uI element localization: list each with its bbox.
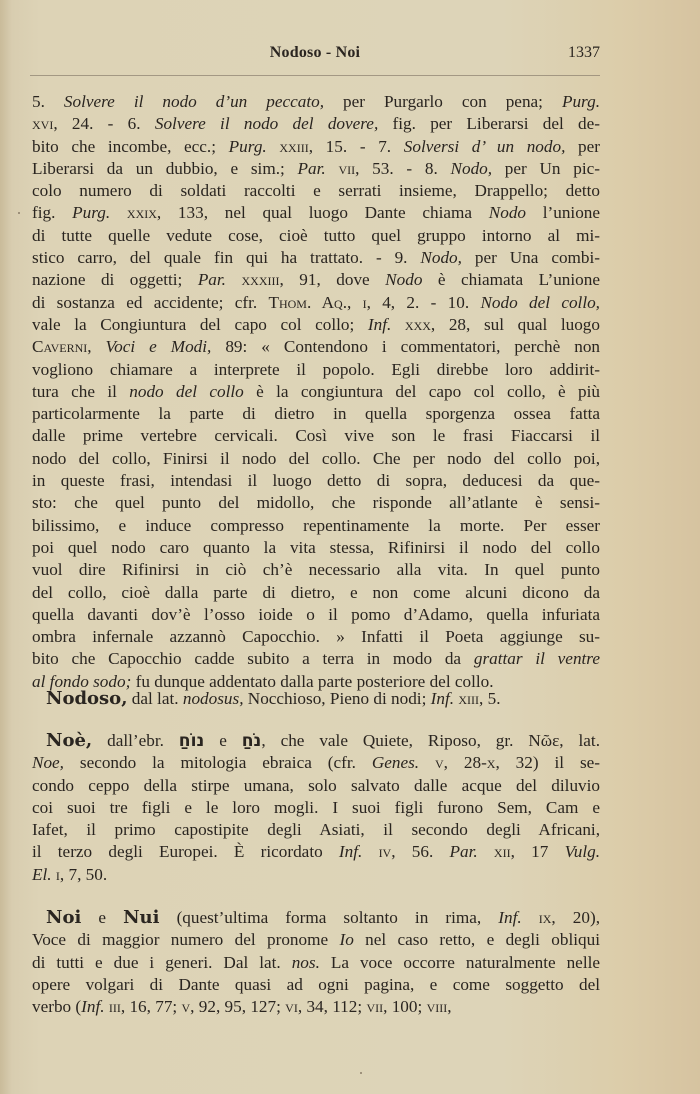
scan-speck [360,1072,362,1074]
text-line: coi suoi tre figli e le loro mogli. I su… [32,797,600,819]
text-run: condo ceppo della stirpe umana, solo sal… [32,776,600,795]
headword: Noi [46,907,81,928]
text-line: colo numero di soldati raccolti e serrat… [32,180,600,202]
text-line: dalle prime vertebre cervicali. Così viv… [32,425,600,447]
text-run: sto: che quel punto del midollo, che ris… [32,493,600,512]
italic-citation: grattar il ventre [474,649,600,668]
text-run: e [204,731,241,750]
text-run: fig. [32,203,72,222]
entry-noe: Noè, dall’ebr. נוֹחַ e נֹחַ, che vale Qu… [32,730,600,886]
text-run: ombra infernale azzannò Capocchio. » Inf… [32,627,600,646]
text-run: secondo la mitologia ebraica (cfr. [64,753,372,772]
italic-citation: Par. [198,270,226,289]
text-line: vogliono chiamare a interprete il popolo… [32,359,600,381]
small-caps-ref: ix [539,908,552,927]
small-caps-ref: xiii [458,689,479,708]
italic-citation: Inf. [81,997,104,1016]
text-run: verbo ( [32,997,81,1016]
text-line: di tutte quelle vedute cose, cioè tutto … [32,225,600,247]
small-caps-ref: iii [109,997,121,1016]
text-run: , 28- [444,753,487,772]
text-line: del collo, cioè dalla parte di dietro, e… [32,582,600,604]
italic-citation: Inf. [368,315,391,334]
italic-citation: nodosus, [183,689,244,708]
text-run: bilissimo, e induce compresso repentinam… [32,516,600,535]
text-line: Noi e Nui (quest’ultima forma soltanto i… [32,907,600,929]
text-run: è chiamata L’unione [422,270,600,289]
text-run: , 20), [551,908,600,927]
italic-citation: Nodo, [451,159,493,178]
text-run: fig. per Liberarsi del de- [378,114,600,133]
italic-citation: Purg. [229,137,267,156]
text-run [419,753,435,772]
small-caps-ref: xxix [127,203,157,222]
headword: Nui [123,907,159,928]
text-run [522,908,539,927]
text-run: del collo, cioè dalla parte di dietro, e… [32,583,600,602]
text-run: l’unione [526,203,600,222]
text-line: nazione di oggetti; Par. xxxiii, 91, dov… [32,269,600,291]
small-caps-ref: xii [494,842,511,861]
italic-citation: Io [339,930,353,949]
text-run: vale la Congiuntura del capo col collo; [32,315,368,334]
text-line: tura che il nodo del collo è la congiunt… [32,381,600,403]
text-run: Nocchioso, Pieno di nodi; [244,689,431,708]
italic-citation: El. [32,865,52,884]
text-run: di tutti e due i generi. Dal lat. [32,953,292,972]
text-run: nodo del collo, Finirsi il nodo del coll… [32,449,600,468]
small-caps-ref: vii [338,159,355,178]
text-run: Voce di maggior numero del pronome [32,930,339,949]
text-run: , 56. [391,842,449,861]
text-run: , 100; [383,997,426,1016]
text-run [267,137,280,156]
text-run: bito che incombe, ecc.; [32,137,229,156]
italic-citation: Purg. [72,203,110,222]
text-run: per Purgarlo con pena; [324,92,562,111]
text-run: , 133, nel qual luogo Dante chiama [157,203,489,222]
small-caps-ref: Caverni [32,337,87,356]
text-run: (quest’ultima forma soltanto in rima, [159,908,498,927]
italic-citation: Par. [298,159,326,178]
text-run: , 32) il se- [495,753,600,772]
text-run: e [81,908,123,927]
small-caps-ref: vii [366,997,383,1016]
text-line: bilissimo, e induce compresso repentinam… [32,515,600,537]
text-line: il terzo degli Europei. È ricordato Inf.… [32,841,600,863]
running-head-title: Nodoso - Noi [30,44,600,62]
text-run: vuol dire Rifinirsi in ciò ch’è necessar… [32,560,600,579]
text-run: , [347,293,363,312]
text-run: nazione di oggetti; [32,270,198,289]
text-run: dall’ebr. [92,731,179,750]
italic-citation: Nodo [489,203,526,222]
text-run: , [447,997,451,1016]
text-run: nel caso retto, e degli obliqui [354,930,600,949]
text-line: xvi, 24. - 6. Solvere il nodo del dovere… [32,113,600,135]
text-run: coi suoi tre figli e le loro mogli. I su… [32,798,600,817]
text-line: fig. Purg. xxix, 133, nel qual luogo Dan… [32,202,600,224]
text-run: , 53. - 8. [355,159,450,178]
text-line: ombra infernale azzannò Capocchio. » Inf… [32,626,600,648]
entry-noi: Noi e Nui (quest’ultima forma soltanto i… [32,907,600,1018]
text-run: per [565,137,600,156]
text-run: per Un pic- [492,159,600,178]
text-line: in queste frasi, intendasi il luogo dett… [32,470,600,492]
text-run: , che vale Quiete, Riposo, gr. Nῶε, lat. [261,731,600,750]
text-line: poi quel nodo caro quanto la vita stessa… [32,537,600,559]
text-run: , 4, 2. - 10. [367,293,481,312]
text-run: particolarmente la parte di dietro in qu… [32,404,600,423]
text-line: vuol dire Rifinirsi in ciò ch’è necessar… [32,559,600,581]
italic-citation: Purg. [562,92,600,111]
text-run [226,270,242,289]
text-line: particolarmente la parte di dietro in qu… [32,403,600,425]
headword: Nodoso, [46,688,127,709]
text-run: , 28, sul qual luogo [431,315,600,334]
text-run: dalle prime vertebre cervicali. Così viv… [32,426,600,445]
text-run: vogliono chiamare a interprete il popolo… [32,360,600,379]
continuation-paragraph: 5. Solvere il nodo d’un peccato, per Pur… [32,91,600,693]
italic-citation: Inf. [498,908,521,927]
text-run [391,315,405,334]
small-caps-ref: iv [379,842,392,861]
text-run: in queste frasi, intendasi il luogo dett… [32,471,600,490]
text-run: , [87,337,105,356]
text-line: stico carro, del quale fin qui ha tratta… [32,247,600,269]
small-caps-ref: xxxiii [241,270,279,289]
text-line: nodo del collo, Finirsi il nodo del coll… [32,448,600,470]
text-line: di sostanza ed accidente; cfr. Thom. Aq.… [32,292,600,314]
text-line: Liberarsi da un dubbio, e sim.; Par. vii… [32,158,600,180]
text-line: opere volgari di Dante quasi ad ogni pag… [32,974,600,996]
text-line: Caverni, Voci e Modi, 89: « Contendono i… [32,336,600,358]
text-line: Noe, secondo la mitologia ebraica (cfr. … [32,752,600,774]
header-rule [30,75,600,76]
text-run: , 91, dove [279,270,385,289]
text-run: è la congiuntura del capo col collo, è p… [244,382,600,401]
text-run: , 34, 112; [298,997,367,1016]
italic-citation: Voci e Modi, [106,337,212,356]
italic-citation: Inf. [431,689,454,708]
text-run: , 5. [479,689,500,708]
text-run: stico carro, del quale fin qui ha tratta… [32,248,420,267]
italic-citation: Nodo [385,270,422,289]
text-run: , 16, 77; [121,997,182,1016]
small-caps-ref: vi [285,997,298,1016]
text-run: di sostanza ed accidente; cfr. [32,293,268,312]
small-caps-ref: Thom. Aq. [268,293,347,312]
text-line: condo ceppo della stirpe umana, solo sal… [32,775,600,797]
hebrew-word: נוֹחַ [179,731,205,751]
text-run: poi quel nodo caro quanto la vita stessa… [32,538,600,557]
hebrew-word: נֹחַ [242,731,262,751]
text-line: sto: che quel punto del midollo, che ris… [32,492,600,514]
text-line: bito che incombe, ecc.; Purg. xxiii, 15.… [32,136,600,158]
small-caps-ref: v [181,997,190,1016]
italic-citation: Genes. [372,753,419,772]
text-line: Noè, dall’ebr. נוֹחַ e נֹחַ, che vale Qu… [32,730,600,752]
text-line: di tutti e due i generi. Dal lat. nos. L… [32,952,600,974]
text-run [326,159,339,178]
italic-citation: nodo del collo [129,382,244,401]
text-line: bito che Capocchio cadde subito a terra … [32,648,600,670]
text-run: , 15. - 7. [309,137,404,156]
text-run: colo numero di soldati raccolti e serrat… [32,181,600,200]
small-caps-ref: xxx [405,315,431,334]
text-run: per Una combi- [462,248,600,267]
text-run: La voce occorre naturalmente nelle [320,953,600,972]
text-line: El. i, 7, 50. [32,864,600,886]
text-run: 89: « Contendono i commentatori, perchè … [211,337,600,356]
text-run [478,842,494,861]
text-run: , 92, 95, 127; [190,997,285,1016]
text-run: quella davanti dov’è l’osso ioide o il p… [32,605,600,624]
text-run: di tutte quelle vedute cose, cioè tutto … [32,226,600,245]
italic-citation: Vulg. [565,842,600,861]
text-line: quella davanti dov’è l’osso ioide o il p… [32,604,600,626]
small-caps-ref: viii [427,997,448,1016]
text-run: Liberarsi da un dubbio, e sim.; [32,159,298,178]
italic-citation: Solvere il nodo d’un peccato, [64,92,324,111]
italic-citation: Solversi d’ un nodo, [404,137,566,156]
italic-citation: Solvere il nodo del dovere, [155,114,378,133]
scanned-page: Nodoso - Noi 1337 5. Solvere il nodo d’u… [0,0,700,1094]
scan-speck [18,212,20,214]
text-line: vale la Congiuntura del capo col collo; … [32,314,600,336]
entry-nodoso: Nodoso, dal lat. nodosus, Nocchioso, Pie… [32,688,600,710]
text-line: verbo (Inf. iii, 16, 77; v, 92, 95, 127;… [32,996,600,1018]
italic-citation: Inf. [339,842,362,861]
text-run: dal lat. [127,689,182,708]
small-caps-ref: v [435,753,444,772]
running-head: Nodoso - Noi 1337 [30,44,600,68]
text-run: opere volgari di Dante quasi ad ogni pag… [32,975,600,994]
text-run [362,842,378,861]
italic-citation: nos. [292,953,320,972]
small-caps-ref: xvi [32,114,53,133]
headword: Noè, [46,730,92,751]
italic-citation: Nodo del collo, [480,293,600,312]
italic-citation: Noe, [32,753,64,772]
text-run: , 17 [511,842,565,861]
page-number: 1337 [568,44,600,62]
text-run: tura che il [32,382,129,401]
text-run: , 7, 50. [60,865,107,884]
italic-citation: Par. [450,842,478,861]
text-run: Iafet, il primo capostipite degli Asiati… [32,820,600,839]
text-line: Iafet, il primo capostipite degli Asiati… [32,819,600,841]
small-caps-ref: xxiii [279,137,308,156]
text-line: 5. Solvere il nodo d’un peccato, per Pur… [32,91,600,113]
text-run: il terzo degli Europei. È ricordato [32,842,339,861]
text-run: , 24. - 6. [53,114,155,133]
italic-citation: Nodo, [420,248,462,267]
text-run: bito che Capocchio cadde subito a terra … [32,649,474,668]
text-line: Nodoso, dal lat. nodosus, Nocchioso, Pie… [32,688,600,710]
text-line: Voce di maggior numero del pronome Io ne… [32,929,600,951]
text-run: 5. [32,92,64,111]
text-run [110,203,127,222]
